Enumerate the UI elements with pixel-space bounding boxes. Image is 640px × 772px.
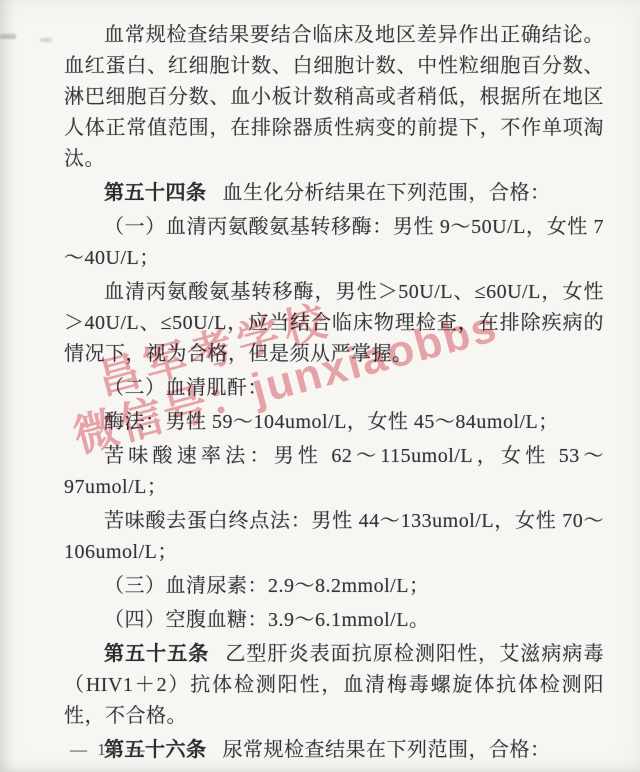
paragraph-text: （四）空腹血糖：3.9～6.1mmol/L。 — [104, 609, 429, 631]
paragraph-text: 血常规检查结果要结合临床及地区差异作出正确结论。血红蛋白、红细胞计数、白细胞计数… — [64, 24, 604, 170]
item-3-urea: （三）血清尿素：2.9～8.2mmol/L； — [64, 571, 604, 602]
item-1-alt: （一）血清丙氨酸氨基转移酶：男性 9～50U/L，女性 7～40U/L； — [64, 212, 604, 274]
paragraph-blood-routine: 血常规检查结果要结合临床及地区差异作出正确结论。血红蛋白、红细胞计数、白细胞计数… — [64, 20, 604, 175]
item-4-glucose: （四）空腹血糖：3.9～6.1mmol/L。 — [64, 605, 604, 636]
paragraph-text: （三）血清尿素：2.9～8.2mmol/L； — [104, 575, 429, 597]
item-2-creatinine: （二）血清肌酐： — [64, 373, 604, 404]
paragraph-text: （二）血清肌酐： — [104, 377, 268, 399]
paragraph-text: （一）血清丙氨酸氨基转移酶：男性 9～50U/L，女性 7～40U/L； — [64, 216, 604, 269]
article-55: 第五十五条乙型肝炎表面抗原检测阳性，艾滋病病毒（HIV1＋2）抗体检测阳性，血清… — [64, 639, 604, 732]
page-number: — 14 — — [70, 740, 148, 760]
paragraph-text: 血清丙氨酸氨基转移酶，男性＞50U/L、≤60U/L，女性＞40U/L、≤50U… — [64, 281, 604, 365]
scan-artifact — [40, 38, 52, 42]
scan-artifact — [0, 34, 16, 39]
paragraph-alt-range: 血清丙氨酸氨基转移酶，男性＞50U/L、≤60U/L，女性＞40U/L、≤50U… — [64, 277, 604, 370]
scanned-document-page: 血常规检查结果要结合临床及地区差异作出正确结论。血红蛋白、红细胞计数、白细胞计数… — [0, 0, 640, 772]
paragraph-text: 苦味酸速率法：男性 62～115umol/L，女性 53～97umol/L； — [64, 445, 604, 498]
article-54: 第五十四条血生化分析结果在下列范围，合格： — [64, 178, 604, 209]
paragraph-picric-endpoint-method: 苦味酸去蛋白终点法：男性 44～133umol/L，女性 70～106umol/… — [64, 506, 604, 568]
article-number: 第五十四条 — [104, 182, 207, 204]
paragraph-enzyme-method: 酶法：男性 59～104umol/L，女性 45～84umol/L； — [64, 407, 604, 438]
document-body: 血常规检查结果要结合临床及地区差异作出正确结论。血红蛋白、红细胞计数、白细胞计数… — [64, 20, 604, 769]
article-text: 尿常规检查结果在下列范围，合格： — [223, 739, 551, 761]
article-text: 血生化分析结果在下列范围，合格： — [223, 182, 551, 204]
paragraph-text: 苦味酸去蛋白终点法：男性 44～133umol/L，女性 70～106umol/… — [64, 510, 604, 563]
article-number: 第五十五条 — [104, 643, 209, 665]
paragraph-text: 酶法：男性 59～104umol/L，女性 45～84umol/L； — [104, 411, 559, 433]
paragraph-picric-rate-method: 苦味酸速率法：男性 62～115umol/L，女性 53～97umol/L； — [64, 441, 604, 503]
